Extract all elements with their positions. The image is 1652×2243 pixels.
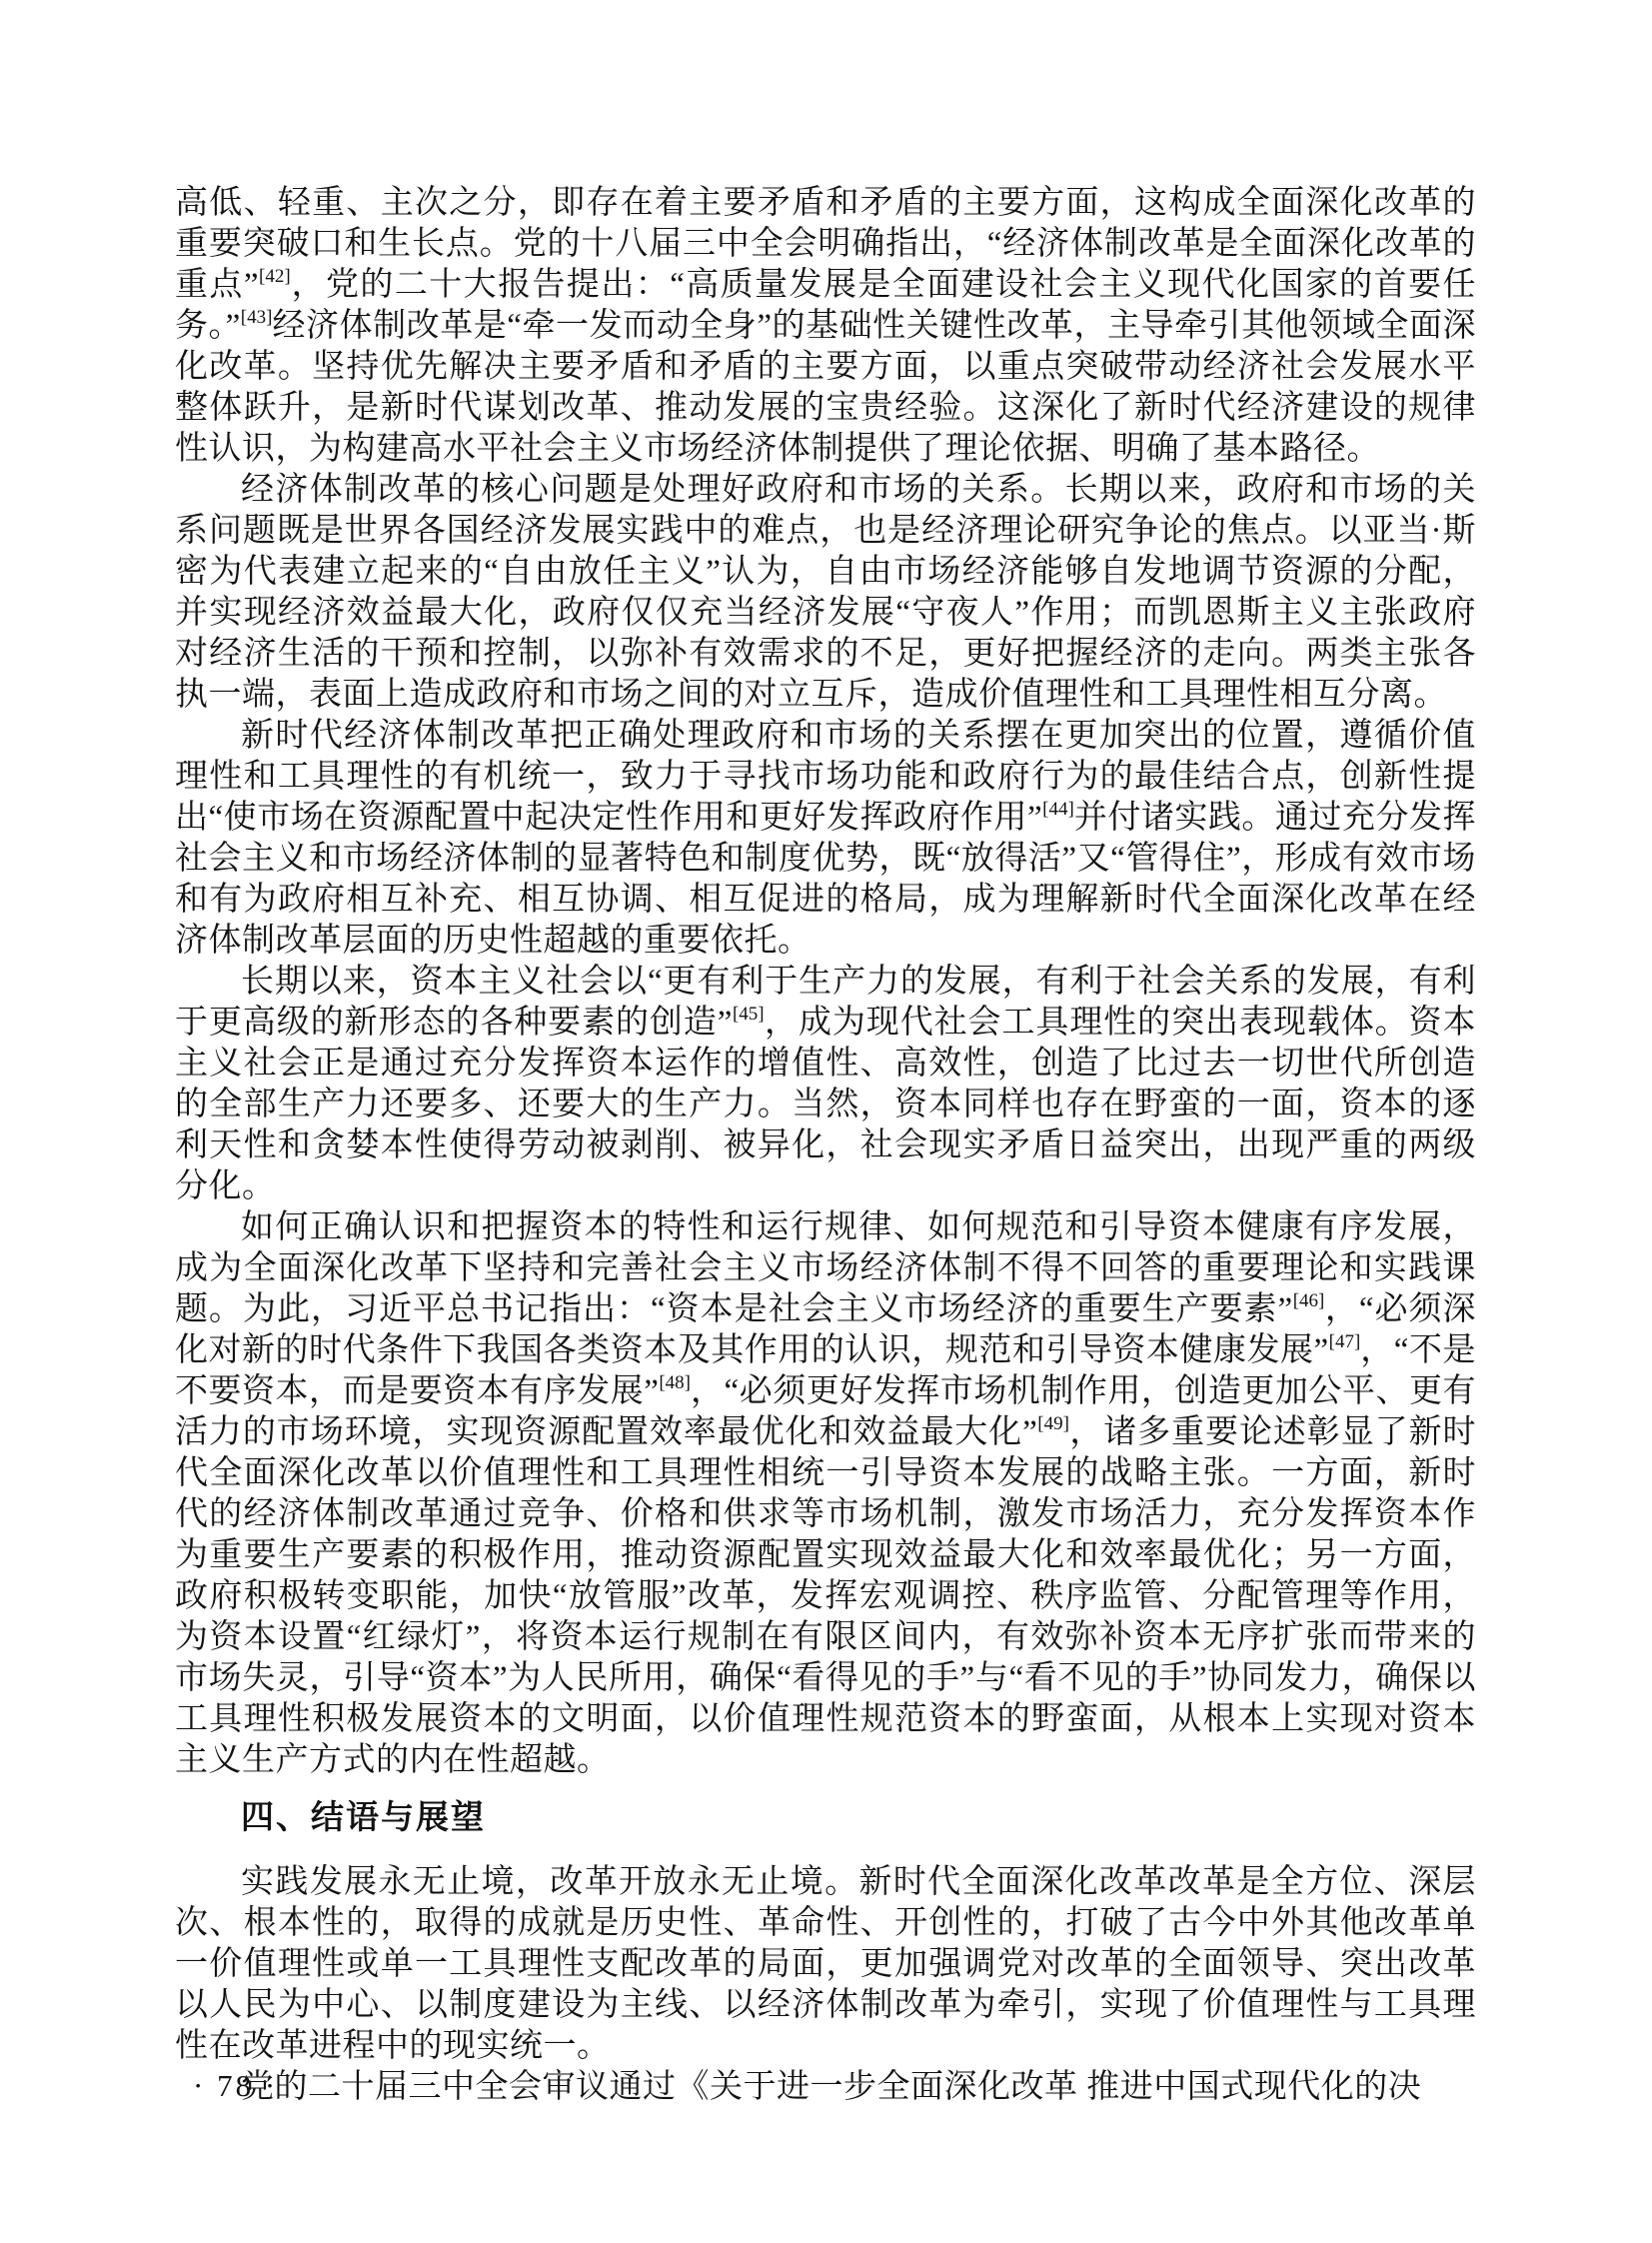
citation-ref: [43] — [241, 307, 273, 328]
paragraph: 高低、轻重、主次之分，即存在着主要矛盾和矛盾的主要方面，这构成全面深化改革的重要… — [175, 183, 1476, 470]
citation-ref: [49] — [1037, 1413, 1069, 1434]
page-number: · 78 · — [193, 2065, 278, 2106]
citation-ref: [42] — [259, 266, 291, 287]
paragraph: 新时代经济体制改革把正确处理政府和市场的关系摆在更加突出的位置，遵循价值理性和工… — [175, 716, 1476, 962]
section-heading: 四、结语与展望 — [175, 1796, 1476, 1837]
citation-ref: [44] — [1042, 799, 1074, 820]
paragraph: 实践发展永无止境，改革开放永无止境。新时代全面深化改革改革是全方位、深层次、根本… — [175, 1862, 1476, 2067]
citation-ref: [48] — [659, 1372, 691, 1393]
citation-ref: [45] — [733, 1004, 765, 1025]
paragraph: 经济体制改革的核心问题是处理好政府和市场的关系。长期以来，政府和市场的关系问题既… — [175, 470, 1476, 716]
citation-ref: [46] — [1293, 1290, 1325, 1311]
citation-ref: [47] — [1329, 1331, 1361, 1352]
paragraph: 如何正确认识和把握资本的特性和运行规律、如何规范和引导资本健康有序发展，成为全面… — [175, 1207, 1476, 1781]
paragraph: 党的二十届三中全会审议通过《关于进一步全面深化改革 推进中国式现代化的决 — [175, 2067, 1476, 2108]
paragraph: 长期以来，资本主义社会以“更有利于生产力的发展，有利于社会关系的发展，有利于更高… — [175, 962, 1476, 1207]
article-body: 高低、轻重、主次之分，即存在着主要矛盾和矛盾的主要方面，这构成全面深化改革的重要… — [175, 183, 1476, 2108]
document-page: 高低、轻重、主次之分，即存在着主要矛盾和矛盾的主要方面，这构成全面深化改革的重要… — [0, 0, 1652, 2243]
